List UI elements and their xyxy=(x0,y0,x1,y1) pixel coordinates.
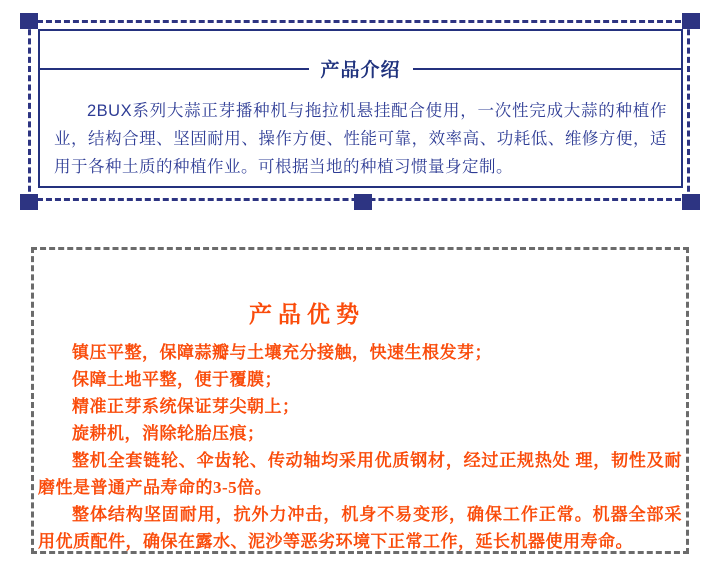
corner-marker-top-right xyxy=(682,13,700,29)
intro-title-row: 产品介绍 xyxy=(40,55,681,82)
corner-marker-bottom-right xyxy=(682,194,700,210)
corner-marker-bottom-center xyxy=(354,194,372,210)
advantages-section-title: 产品优势 xyxy=(0,296,629,329)
corner-marker-top-left xyxy=(20,13,38,29)
advantage-item: 保障土地平整，便于覆膜； xyxy=(38,366,682,393)
intro-section-title: 产品介绍 xyxy=(321,55,401,82)
advantage-item: 镇压平整，保障蒜瓣与土壤充分接触，快速生根发芽； xyxy=(38,339,682,366)
advantage-item: 精准正芽系统保证芽尖朝上； xyxy=(38,393,682,420)
advantage-item: 旋耕机，消除轮胎压痕； xyxy=(38,420,682,447)
corner-marker-bottom-left xyxy=(20,194,38,210)
intro-description-text: 2BUX系列大蒜正芽播种机与拖拉机悬挂配合使用，一次性完成大蒜的种植作业，结构合… xyxy=(54,97,667,181)
intro-panel: 产品介绍 2BUX系列大蒜正芽播种机与拖拉机悬挂配合使用，一次性完成大蒜的种植作… xyxy=(38,29,683,188)
title-divider-left xyxy=(40,68,309,70)
product-advantages-section: 产品优势 镇压平整，保障蒜瓣与土壤充分接触，快速生根发芽； 保障土地平整，便于覆… xyxy=(31,247,689,554)
title-divider-right xyxy=(413,68,682,70)
advantage-item: 整机全套链轮、伞齿轮、传动轴均采用优质钢材，经过正规热处 理，韧性及耐磨性是普通… xyxy=(38,447,682,501)
advantage-item: 整体结构坚固耐用，抗外力冲击，机身不易变形，确保工作正常。机器全部采用优质配件，… xyxy=(38,501,682,555)
